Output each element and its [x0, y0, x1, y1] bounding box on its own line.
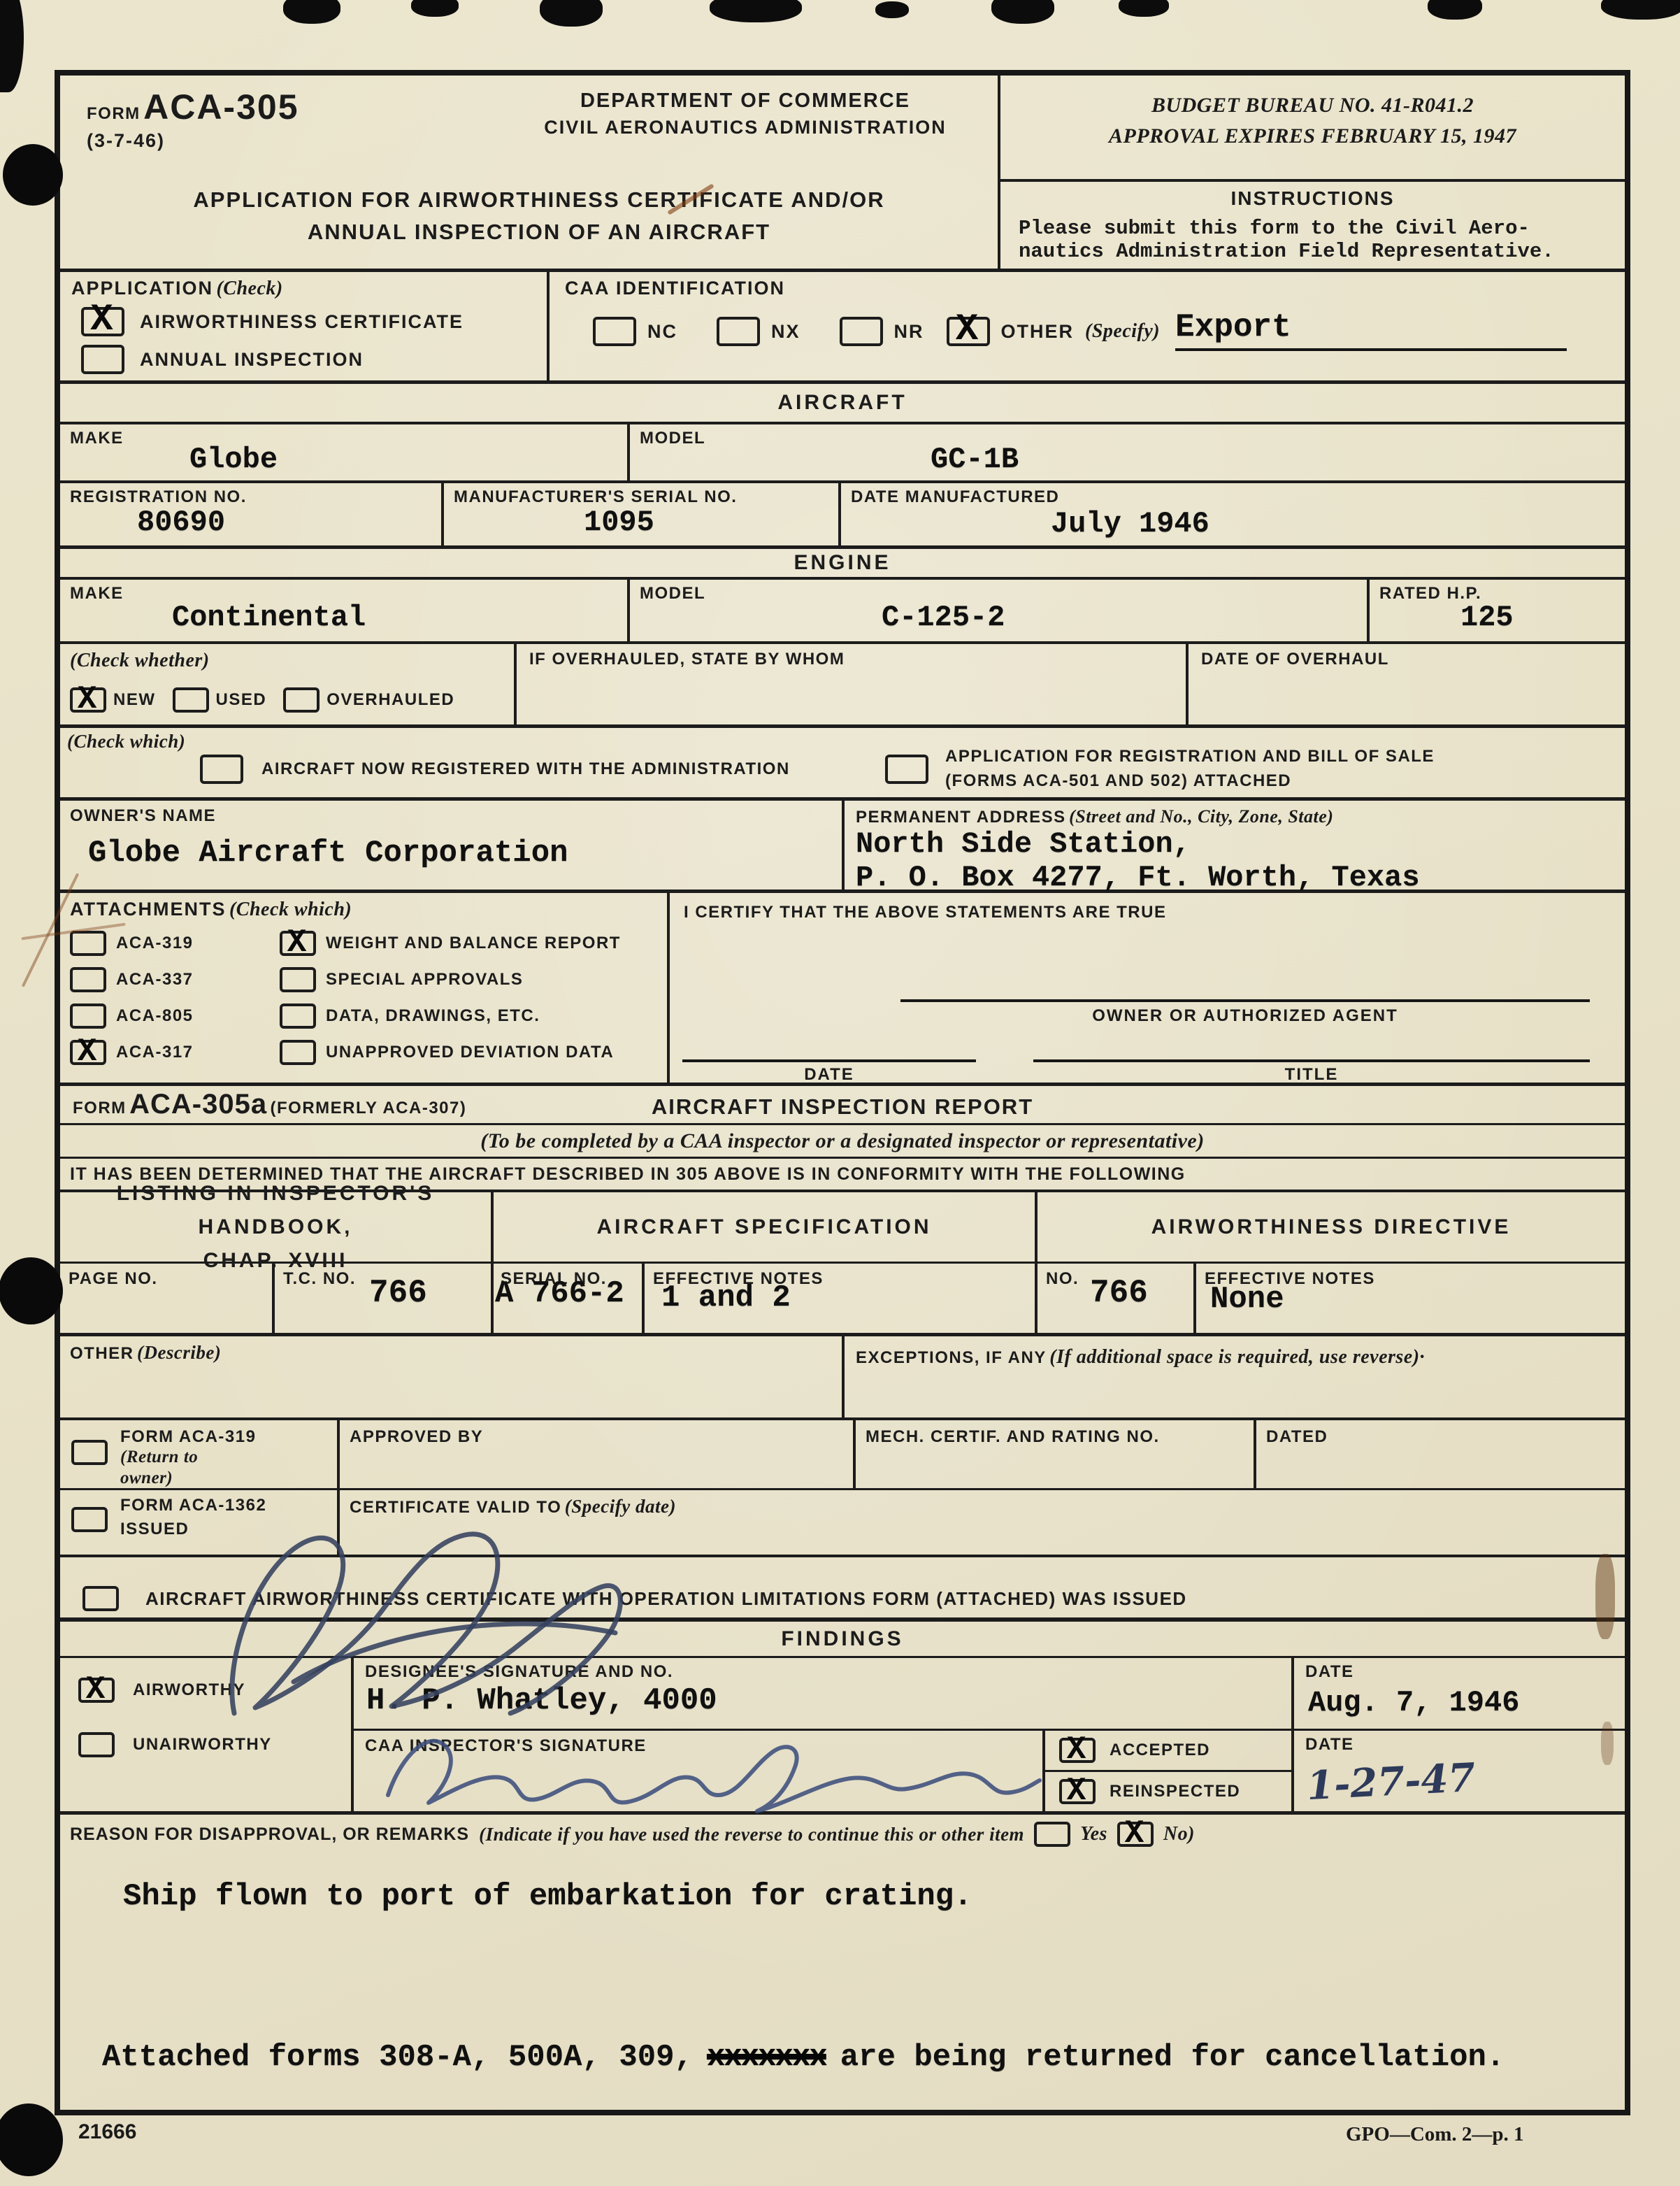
department-line2: CIVIL AERONAUTICS ADMINISTRATION	[494, 117, 997, 138]
remarks-line1: Ship flown to port of embarkation for cr…	[123, 1879, 972, 1914]
engine-make-cell: MAKE Continental	[60, 580, 630, 641]
aca-317-checkbox[interactable]: X	[70, 1040, 106, 1065]
caa-identification-label: CAA IDENTIFICATION	[565, 278, 1625, 299]
airworthiness-certificate-checkbox[interactable]: X	[81, 307, 124, 336]
exceptions-detail: (If additional space is required, use re…	[1049, 1346, 1425, 1368]
spec-table-header-row: LISTING IN INSPECTOR'S HANDBOOK, CHAP. X…	[60, 1192, 1625, 1264]
owner-address-label-detail: (Street and No., City, Zone, State)	[1069, 806, 1333, 827]
engine-hp-cell: RATED H.P. 125	[1370, 580, 1625, 641]
aircraft-make-model-row: MAKE Globe MODEL GC-1B	[60, 424, 1625, 483]
scan-artifact	[1601, 0, 1680, 20]
agent-signature-line[interactable]	[900, 999, 1590, 1002]
nc-checkbox[interactable]	[593, 317, 636, 346]
airworthiness-certificate-label: AIRWORTHINESS CERTIFICATE	[140, 311, 464, 333]
certificate-issued-label: AIRCRAFT AIRWORTHINESS CERTIFICATE WITH …	[145, 1588, 1187, 1610]
punch-hole	[0, 1257, 63, 1324]
overhauled-by-whom-cell: IF OVERHAULED, STATE BY WHOM	[517, 644, 1189, 724]
registration-no-value: 80690	[137, 506, 225, 539]
certification-cell: I CERTIFY THAT THE ABOVE STATEMENTS ARE …	[670, 893, 1625, 1083]
other-label: OTHER	[1001, 321, 1075, 343]
title-line2: ANNUAL INSPECTION OF AN AIRCRAFT	[123, 220, 955, 245]
other-exceptions-row: OTHER (Describe) EXCEPTIONS, IF ANY (If …	[60, 1336, 1625, 1420]
aircraft-make-cell: MAKE Globe	[60, 424, 630, 480]
aircraft-registration-row: REGISTRATION NO. 80690 MANUFACTURER'S SE…	[60, 483, 1625, 549]
approved-by-cell: APPROVED BY	[340, 1420, 856, 1488]
engine-section-title: ENGINE	[794, 551, 891, 575]
aca-317-label: ACA-317	[116, 1043, 270, 1062]
approved-by-label: APPROVED BY	[350, 1427, 483, 1446]
findings-date1-value: Aug. 7, 1946	[1308, 1686, 1519, 1720]
nx-label: NX	[771, 321, 800, 343]
spec-notes-cell: EFFECTIVE NOTES 1 and 2	[645, 1264, 1038, 1333]
inspector-signature-cell[interactable]: CAA INSPECTOR'S SIGNATURE	[354, 1731, 1045, 1811]
reinspected-subrow: X REINSPECTED	[1045, 1772, 1291, 1811]
date-manufactured-cell: DATE MANUFACTURED July 1946	[841, 483, 1625, 545]
scan-artifact	[0, 0, 24, 92]
directive-no-cell: NO. 766	[1038, 1264, 1196, 1333]
other-describe-label: OTHER	[70, 1344, 134, 1363]
remarks-label-detail: (Indicate if you have used the reverse t…	[479, 1824, 1024, 1845]
aca-805-checkbox[interactable]	[70, 1003, 106, 1029]
findings-block: X AIRWORTHY UNAIRWORTHY DESIGNEE'S SIGNA…	[60, 1658, 1625, 1815]
accepted-checkbox[interactable]: X	[1059, 1738, 1096, 1763]
instructions-text: Please submit this form to the Civil Aer…	[1000, 210, 1625, 263]
engine-condition-row: (Check whether) X NEW USED OVERHAULED IF…	[60, 644, 1625, 728]
inspector-signature-label: CAA INSPECTOR'S SIGNATURE	[365, 1736, 647, 1755]
airworthy-label: AIRWORTHY	[133, 1680, 245, 1700]
findings-row-1: DESIGNEE'S SIGNATURE AND NO. H. P. Whatl…	[354, 1658, 1625, 1731]
other-describe-cell: OTHER (Describe)	[60, 1336, 845, 1417]
punch-hole	[3, 144, 63, 206]
aircraft-model-value: GC-1B	[931, 443, 1019, 476]
engine-model-value: C-125-2	[882, 601, 1005, 634]
stain-mark	[1601, 1722, 1614, 1765]
form-1362-checkbox[interactable]	[71, 1507, 108, 1532]
reinspected-checkbox[interactable]: X	[1059, 1779, 1096, 1804]
findings-date2-cell: DATE 1-27-47	[1294, 1731, 1625, 1811]
date-of-overhaul-label: DATE OF OVERHAUL	[1201, 650, 1389, 669]
spec-serial-value: A 766-2	[495, 1276, 624, 1311]
form-1362-cell: FORM ACA-1362 ISSUED	[60, 1490, 340, 1555]
engine-make-model-row: MAKE Continental MODEL C-125-2 RATED H.P…	[60, 580, 1625, 644]
dated-label: DATED	[1266, 1427, 1328, 1446]
scan-artifact	[540, 0, 603, 27]
header-right-cell: BUDGET BUREAU NO. 41-R041.2 APPROVAL EXP…	[1000, 76, 1625, 269]
remarks-no-checkbox[interactable]: X	[1117, 1822, 1154, 1847]
tc-no-value: 766	[369, 1275, 427, 1311]
engine-make-value: Continental	[172, 601, 366, 634]
special-approvals-label: SPECIAL APPROVALS	[326, 970, 523, 990]
directive-no-value: 766	[1090, 1275, 1148, 1311]
engine-section-band: ENGINE	[60, 549, 1625, 580]
inspection-subtitle: (To be completed by a CAA inspector or a…	[480, 1129, 1204, 1153]
scan-artifact	[991, 0, 1054, 24]
certify-date-line[interactable]	[682, 1059, 976, 1062]
aca-337-checkbox[interactable]	[70, 967, 106, 992]
aircraft-model-cell: MODEL GC-1B	[630, 424, 1625, 480]
form-1362-row: FORM ACA-1362 ISSUED CERTIFICATE VALID T…	[60, 1490, 1625, 1557]
findings-date2-label: DATE	[1305, 1735, 1354, 1754]
findings-title: FINDINGS	[781, 1627, 903, 1651]
spec-header-label: AIRCRAFT SPECIFICATION	[596, 1215, 931, 1239]
unairworthy-label: UNAIRWORTHY	[133, 1735, 272, 1755]
certify-title-line[interactable]	[1033, 1059, 1590, 1062]
bill-of-sale-label: APPLICATION FOR REGISTRATION AND BILL OF…	[945, 745, 1435, 794]
remarks-line2: Attached forms 308-A, 500A, 309, xxxxxxx…	[102, 2040, 1505, 2075]
tc-no-cell: T.C. NO. 766	[275, 1264, 494, 1333]
other-specify-line[interactable]: Export	[1175, 312, 1567, 351]
bill-of-sale-checkbox[interactable]	[885, 755, 928, 784]
footer-gpo-imprint: GPO—Com. 2—p. 1	[1346, 2123, 1524, 2146]
owner-address-value: North Side Station, P. O. Box 4277, Ft. …	[856, 827, 1420, 895]
unapproved-deviation-label: UNAPPROVED DEVIATION DATA	[326, 1043, 614, 1062]
page-title: APPLICATION FOR AIRWORTHINESS CERTIFICAT…	[123, 187, 955, 245]
findings-date2-value: 1-27-47	[1305, 1755, 1476, 1810]
form-1362-label: FORM ACA-1362	[120, 1496, 266, 1515]
other-checkbox[interactable]: X	[947, 317, 990, 346]
remarks-yes-checkbox[interactable]	[1034, 1822, 1070, 1847]
engine-model-label: MODEL	[640, 584, 705, 603]
handbook-header-cell: LISTING IN INSPECTOR'S HANDBOOK, CHAP. X…	[60, 1192, 494, 1262]
date-manufactured-label: DATE MANUFACTURED	[851, 487, 1059, 506]
registration-no-cell: REGISTRATION NO. 80690	[60, 483, 444, 545]
certificate-valid-cell: CERTIFICATE VALID TO (Specify date)	[340, 1490, 1625, 1555]
serial-no-cell: MANUFACTURER'S SERIAL NO. 1095	[444, 483, 841, 545]
dated-cell: DATED	[1256, 1420, 1625, 1488]
aircraft-registered-checkbox[interactable]	[200, 755, 243, 784]
other-describe-detail: (Describe)	[137, 1342, 221, 1363]
exceptions-cell: EXCEPTIONS, IF ANY (If additional space …	[845, 1336, 1625, 1417]
owner-address-cell: PERMANENT ADDRESS (Street and No., City,…	[845, 801, 1625, 890]
annual-inspection-label: ANNUAL INSPECTION	[140, 349, 364, 371]
accepted-label: ACCEPTED	[1110, 1741, 1210, 1760]
budget-bureau-no: BUDGET BUREAU NO. 41-R041.2	[1000, 94, 1625, 117]
remarks-body: Ship flown to port of embarkation for cr…	[60, 1854, 1625, 2110]
engine-make-label: MAKE	[70, 584, 124, 603]
aircraft-section-band: AIRCRAFT	[60, 384, 1625, 424]
stain-mark	[1595, 1554, 1615, 1639]
data-drawings-label: DATA, DRAWINGS, ETC.	[326, 1006, 540, 1026]
spec-serial-cell: SERIAL NO. A 766-2	[494, 1264, 645, 1333]
instructions-block: INSTRUCTIONS Please submit this form to …	[1000, 182, 1625, 269]
engine-model-cell: MODEL C-125-2	[630, 580, 1370, 641]
footer-print-number: 21666	[78, 2120, 136, 2144]
check-whether-cell: (Check whether) X NEW USED OVERHAULED	[60, 644, 517, 724]
nr-label: NR	[894, 321, 924, 343]
certificate-valid-label: CERTIFICATE VALID TO	[350, 1498, 561, 1517]
page-no-cell: PAGE NO.	[60, 1264, 275, 1333]
annual-inspection-checkbox[interactable]	[81, 345, 124, 374]
scanned-form-page: FORM ACA-305 (3-7-46) DEPARTMENT OF COMM…	[0, 0, 1680, 2186]
findings-band: FINDINGS	[60, 1622, 1625, 1658]
date-of-overhaul-cell: DATE OF OVERHAUL	[1189, 644, 1625, 724]
inspection-subtitle-row: (To be completed by a CAA inspector or a…	[60, 1125, 1625, 1159]
mech-certif-label: MECH. CERTIF. AND RATING NO.	[866, 1427, 1160, 1446]
form-number: ACA-305	[143, 87, 299, 127]
aca-319-checkbox[interactable]	[70, 931, 106, 956]
exceptions-label: EXCEPTIONS, IF ANY	[856, 1348, 1047, 1367]
designee-signature-cell[interactable]: DESIGNEE'S SIGNATURE AND NO. H. P. Whatl…	[354, 1658, 1294, 1729]
punch-hole	[0, 2103, 63, 2176]
certify-title-label: TITLE	[1033, 1065, 1590, 1085]
engine-used-checkbox[interactable]	[173, 687, 209, 713]
serial-no-label: MANUFACTURER'S SERIAL NO.	[454, 487, 737, 506]
remarks-line2-start: Attached forms 308-A, 500A, 309,	[102, 2040, 693, 2075]
inspection-report-title-row: FORM ACA-305a (FORMERLY ACA-307) AIRCRAF…	[60, 1086, 1625, 1125]
aircraft-model-label: MODEL	[640, 429, 705, 448]
scan-artifact	[1428, 0, 1482, 20]
findings-date1-cell: DATE Aug. 7, 1946	[1294, 1658, 1625, 1729]
page-no-label: PAGE NO.	[69, 1269, 158, 1288]
date-manufactured-value: July 1946	[1051, 507, 1209, 541]
form-number-block: FORM ACA-305 (3-7-46)	[87, 87, 299, 152]
directive-notes-value: None	[1210, 1282, 1284, 1317]
special-approvals-checkbox[interactable]	[280, 967, 316, 992]
registration-status-row: (Check which) AIRCRAFT NOW REGISTERED WI…	[60, 728, 1625, 801]
other-specify-label: (Specify)	[1085, 320, 1160, 343]
attachments-label: ATTACHMENTS	[70, 899, 226, 920]
directive-no-label: NO.	[1046, 1269, 1079, 1288]
title-line1: APPLICATION FOR AIRWORTHINESS CERTIFICAT…	[123, 187, 955, 213]
designee-signature-label: DESIGNEE'S SIGNATURE AND NO.	[365, 1662, 673, 1681]
form-revision: (3-7-46)	[87, 130, 299, 152]
directive-notes-cell: EFFECTIVE NOTES None	[1196, 1264, 1625, 1333]
department-line1: DEPARTMENT OF COMMERCE	[494, 90, 997, 113]
form-1362-issued-label: ISSUED	[120, 1520, 266, 1539]
data-drawings-checkbox[interactable]	[280, 1003, 316, 1029]
form-header-row: FORM ACA-305 (3-7-46) DEPARTMENT OF COMM…	[60, 76, 1625, 272]
spec-header-cell: AIRCRAFT SPECIFICATION	[494, 1192, 1038, 1262]
handbook-header-label: LISTING IN INSPECTOR'S HANDBOOK, CHAP. X…	[60, 1177, 491, 1278]
remarks-yes-label: Yes	[1080, 1823, 1107, 1845]
mech-certif-cell: MECH. CERTIF. AND RATING NO.	[856, 1420, 1256, 1488]
attachments-label-detail: (Check which)	[229, 899, 352, 920]
remarks-header-row: REASON FOR DISAPPROVAL, OR REMARKS (Indi…	[60, 1815, 1625, 1854]
application-cell: APPLICATION (Check) X AIRWORTHINESS CERT…	[60, 272, 550, 380]
weight-balance-label: WEIGHT AND BALANCE REPORT	[326, 934, 621, 953]
form-319-label: FORM ACA-319	[120, 1427, 256, 1446]
engine-used-label: USED	[216, 690, 267, 710]
application-row: APPLICATION (Check) X AIRWORTHINESS CERT…	[60, 272, 1625, 384]
weight-balance-checkbox[interactable]: X	[280, 931, 316, 956]
scan-artifact	[875, 1, 909, 18]
scan-artifact	[283, 0, 340, 24]
aircraft-make-label: MAKE	[70, 429, 124, 448]
remarks-line2-struck: xxxxxxx	[707, 2040, 826, 2075]
aircraft-make-value: Globe	[189, 443, 278, 476]
accepted-subrow: X ACCEPTED	[1045, 1731, 1291, 1772]
form-319-checkbox[interactable]	[71, 1440, 108, 1465]
unapproved-deviation-checkbox[interactable]	[280, 1040, 316, 1065]
remarks-label: REASON FOR DISAPPROVAL, OR REMARKS	[70, 1824, 469, 1845]
nc-label: NC	[647, 321, 677, 343]
inspection-report-title: AIRCRAFT INSPECTION REPORT	[60, 1094, 1625, 1120]
owner-name-value: Globe Aircraft Corporation	[88, 836, 568, 871]
engine-overhauled-checkbox[interactable]	[283, 687, 320, 713]
budget-bureau-block: BUDGET BUREAU NO. 41-R041.2 APPROVAL EXP…	[1000, 76, 1625, 182]
form-319-row: FORM ACA-319 (Return to owner) APPROVED …	[60, 1420, 1625, 1490]
header-left-cell: FORM ACA-305 (3-7-46) DEPARTMENT OF COMM…	[60, 76, 1000, 269]
directive-header-cell: AIRWORTHINESS DIRECTIVE	[1038, 1192, 1625, 1262]
application-label-detail: (Check)	[216, 278, 282, 299]
nr-checkbox[interactable]	[840, 317, 883, 346]
certify-statement: I CERTIFY THAT THE ABOVE STATEMENTS ARE …	[684, 903, 1166, 922]
caa-identification-cell: CAA IDENTIFICATION NC NX NR X OTHER (Spe…	[550, 272, 1625, 380]
certificate-valid-detail: (Specify date)	[565, 1496, 676, 1517]
other-specify-value: Export	[1175, 309, 1291, 345]
findings-right-area: DESIGNEE'S SIGNATURE AND NO. H. P. Whatl…	[354, 1658, 1625, 1811]
certificate-issued-checkbox[interactable]	[82, 1586, 119, 1611]
findings-row-2: CAA INSPECTOR'S SIGNATURE X ACCEPTED X R…	[354, 1731, 1625, 1811]
engine-hp-label: RATED H.P.	[1379, 584, 1481, 603]
aircraft-section-title: AIRCRAFT	[777, 391, 907, 415]
findings-date1-label: DATE	[1305, 1662, 1354, 1681]
certify-date-label: DATE	[682, 1065, 976, 1085]
overhauled-by-whom-label: IF OVERHAULED, STATE BY WHOM	[529, 650, 845, 669]
owner-row: OWNER'S NAME Globe Aircraft Corporation …	[60, 801, 1625, 893]
tc-no-label: T.C. NO.	[283, 1269, 356, 1288]
engine-new-checkbox[interactable]: X	[70, 687, 106, 713]
engine-new-label: NEW	[113, 690, 156, 710]
registration-no-label: REGISTRATION NO.	[70, 487, 247, 506]
spec-table-value-row: PAGE NO. T.C. NO. 766 SERIAL NO. A 766-2…	[60, 1264, 1625, 1336]
form-319-label-detail: (Return to owner)	[120, 1447, 256, 1489]
owner-name-label: OWNER'S NAME	[70, 806, 216, 825]
application-label: APPLICATION	[71, 278, 213, 299]
certificate-issued-row: AIRCRAFT AIRWORTHINESS CERTIFICATE WITH …	[60, 1557, 1625, 1622]
aca-337-label: ACA-337	[116, 970, 270, 990]
airworthy-column: X AIRWORTHY UNAIRWORTHY	[60, 1658, 354, 1811]
engine-overhauled-label: OVERHAULED	[326, 690, 454, 710]
airworthy-checkbox[interactable]: X	[78, 1678, 115, 1703]
aircraft-registered-label: AIRCRAFT NOW REGISTERED WITH THE ADMINIS…	[261, 759, 790, 779]
aca-805-label: ACA-805	[116, 1006, 270, 1026]
department-block: DEPARTMENT OF COMMERCE CIVIL AERONAUTICS…	[494, 90, 997, 138]
accepted-reinspected-cell: X ACCEPTED X REINSPECTED	[1045, 1731, 1294, 1811]
registration-status-cell: (Check which) AIRCRAFT NOW REGISTERED WI…	[60, 728, 1625, 797]
reinspected-label: REINSPECTED	[1110, 1782, 1240, 1801]
engine-hp-value: 125	[1460, 601, 1514, 634]
agent-signature-label: OWNER OR AUTHORIZED AGENT	[900, 1006, 1590, 1026]
form-319-cell: FORM ACA-319 (Return to owner)	[60, 1420, 340, 1488]
form-aca-305: FORM ACA-305 (3-7-46) DEPARTMENT OF COMM…	[55, 70, 1630, 2115]
approval-expires: APPROVAL EXPIRES FEBRUARY 15, 1947	[1000, 124, 1625, 148]
attachments-row: ATTACHMENTS (Check which) ACA-319 X WEIG…	[60, 893, 1625, 1086]
attachments-cell: ATTACHMENTS (Check which) ACA-319 X WEIG…	[60, 893, 670, 1083]
unairworthy-checkbox[interactable]	[78, 1732, 115, 1757]
remarks-line2-end: are being returned for cancellation.	[840, 2040, 1505, 2075]
aca-319-label: ACA-319	[116, 934, 270, 953]
check-whether-label: (Check whether)	[70, 650, 210, 671]
scan-artifact	[710, 0, 802, 22]
designee-signature-value: H. P. Whatley, 4000	[366, 1683, 717, 1718]
directive-header-label: AIRWORTHINESS DIRECTIVE	[1151, 1215, 1512, 1239]
nx-checkbox[interactable]	[717, 317, 760, 346]
owner-name-cell: OWNER'S NAME Globe Aircraft Corporation	[60, 801, 845, 890]
owner-address-label: PERMANENT ADDRESS	[856, 808, 1066, 827]
scan-artifact	[1119, 0, 1169, 17]
form-label: FORM	[87, 104, 141, 123]
remarks-no-label: No)	[1163, 1823, 1195, 1845]
scan-artifact	[411, 0, 459, 17]
check-which-label: (Check which)	[67, 731, 185, 752]
serial-no-value: 1095	[584, 506, 654, 539]
spec-notes-value: 1 and 2	[661, 1280, 791, 1315]
instructions-title: INSTRUCTIONS	[1000, 187, 1625, 210]
